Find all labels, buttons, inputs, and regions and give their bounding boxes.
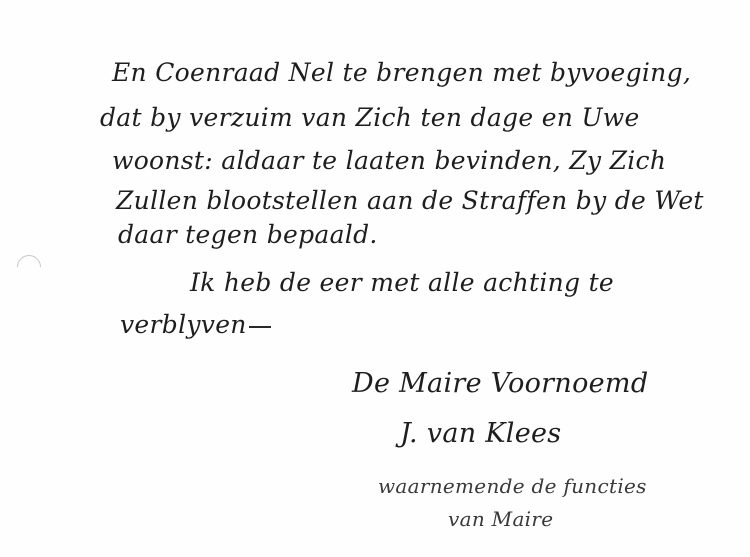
letter-page: En Coenraad Nel te brengen met byvoeging… [0,0,750,557]
body-line-7-wrap: verblyven [120,310,271,339]
body-line-3: woonst: aldaar te laaten bevinden, Zy Zi… [112,146,666,175]
punch-hole-mark [12,250,46,284]
body-line-1: En Coenraad Nel te brengen met byvoeging… [112,58,691,87]
body-line-4: Zullen blootstellen aan de Straffen by d… [116,186,704,215]
signature: J. van Klees [400,418,561,449]
body-line-7: verblyven [120,310,247,339]
closing-title: De Maire Voornoemd [352,368,648,399]
body-line-5: daar tegen bepaald. [118,220,378,249]
role-line-2: van Maire [448,507,553,531]
body-line-6: Ik heb de eer met alle achting te [190,268,614,297]
body-line-2: dat by verzuim van Zich ten dage en Uwe [100,103,640,132]
closing-dash [249,326,271,328]
role-line-1: waarnemende de functies [378,474,647,498]
